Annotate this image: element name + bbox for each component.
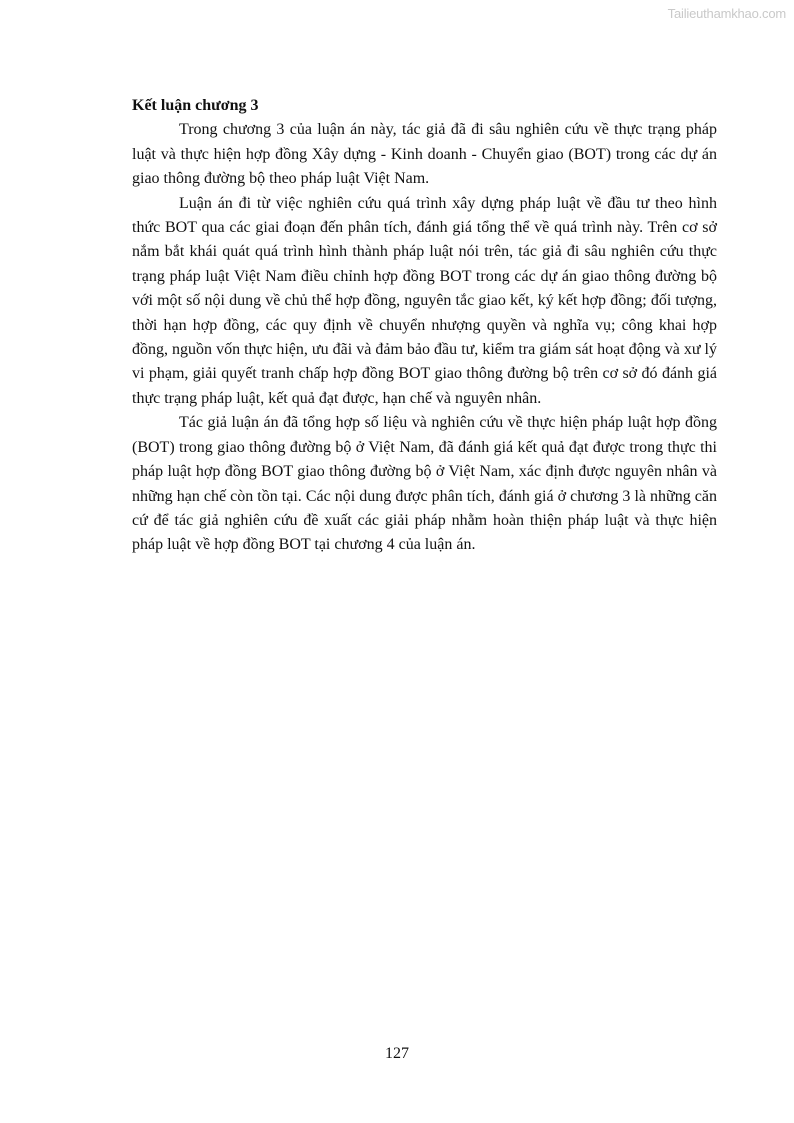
paragraph: Luận án đi từ việc nghiên cứu quá trình … [132, 192, 717, 412]
paragraph: Trong chương 3 của luận án này, tác giả … [132, 118, 717, 191]
watermark: Tailieuthamkhao.com [668, 6, 786, 21]
document-body: Kết luận chương 3 Trong chương 3 của luậ… [132, 94, 717, 558]
paragraph: Tác giả luận án đã tổng hợp số liệu và n… [132, 411, 717, 557]
section-heading: Kết luận chương 3 [132, 94, 717, 118]
page-number: 127 [0, 1045, 794, 1063]
